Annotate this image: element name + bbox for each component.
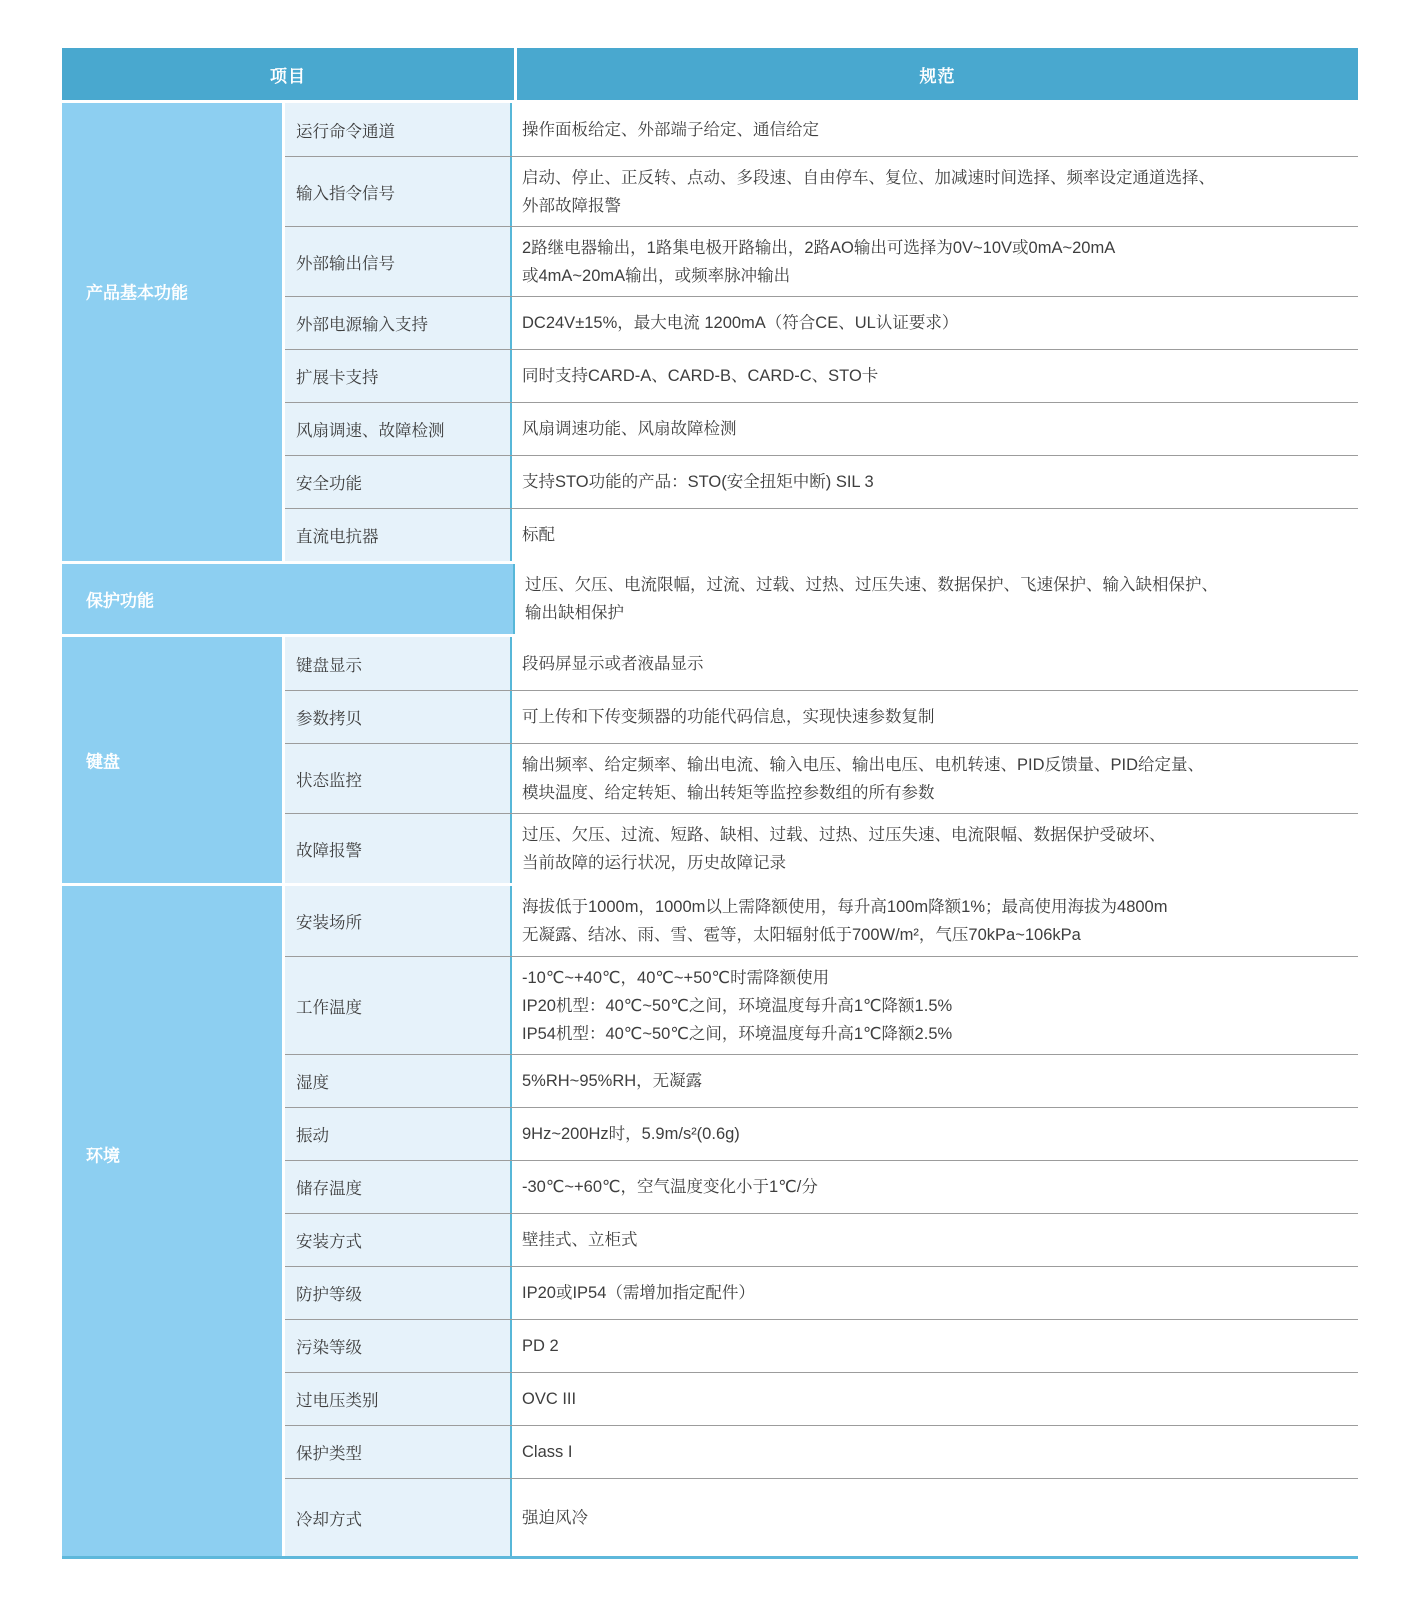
spec-line: 启动、停止、正反转、点动、多段速、自由停车、复位、加减速时间选择、频率设定通道选… [522, 164, 1358, 192]
table-row: 安装场所海拔低于1000m，1000m以上需降额使用，每升高100m降额1%；最… [285, 886, 1358, 956]
spec-line: 外部故障报警 [522, 192, 1358, 220]
table-row: 参数拷贝可上传和下传变频器的功能代码信息，实现快速参数复制 [285, 690, 1358, 743]
item-label: 扩展卡支持 [296, 364, 379, 388]
item-label: 状态监控 [296, 767, 362, 791]
spec-cell: 海拔低于1000m，1000m以上需降额使用，每升高100m降额1%；最高使用海… [512, 886, 1358, 956]
spec-cell: DC24V±15%，最大电流 1200mA（符合CE、UL认证要求） [512, 297, 1358, 349]
item-label: 安全功能 [296, 470, 362, 494]
table-row: 振动9Hz~200Hz时，5.9m/s²(0.6g) [285, 1107, 1358, 1160]
table-row: 运行命令通道操作面板给定、外部端子给定、通信给定 [285, 103, 1358, 156]
item-label: 参数拷贝 [296, 705, 362, 729]
item-label: 直流电抗器 [296, 523, 379, 547]
item-cell: 安全功能 [285, 456, 512, 508]
table-group: 产品基本功能运行命令通道操作面板给定、外部端子给定、通信给定输入指令信号启动、停… [62, 103, 1358, 561]
spec-cell: 2路继电器输出，1路集电极开路输出，2路AO输出可选择为0V~10V或0mA~2… [512, 227, 1358, 296]
spec-cell: -30℃~+60℃，空气温度变化小于1℃/分 [512, 1161, 1358, 1213]
table-header-row: 项目 规范 [62, 48, 1358, 100]
spec-cell: 5%RH~95%RH，无凝露 [512, 1055, 1358, 1107]
item-label: 故障报警 [296, 837, 362, 861]
table-row: 直流电抗器标配 [285, 508, 1358, 561]
table-row: 安装方式壁挂式、立柜式 [285, 1213, 1358, 1266]
group-label: 产品基本功能 [86, 278, 188, 303]
item-cell: 故障报警 [285, 814, 512, 883]
table-group: 环境安装场所海拔低于1000m，1000m以上需降额使用，每升高100m降额1%… [62, 886, 1358, 1556]
table-row: 储存温度-30℃~+60℃，空气温度变化小于1℃/分 [285, 1160, 1358, 1213]
table-row: 扩展卡支持同时支持CARD-A、CARD-B、CARD-C、STO卡 [285, 349, 1358, 402]
spec-table: 项目 规范 产品基本功能运行命令通道操作面板给定、外部端子给定、通信给定输入指令… [62, 48, 1358, 1559]
group-cell: 环境 [62, 886, 285, 1556]
item-cell: 工作温度 [285, 957, 512, 1054]
table-row: 键盘显示段码屏显示或者液晶显示 [285, 637, 1358, 690]
spec-line: 标配 [522, 521, 1358, 549]
item-label: 污染等级 [296, 1334, 362, 1358]
spec-cell: 可上传和下传变频器的功能代码信息，实现快速参数复制 [512, 691, 1358, 743]
table-row: 输入指令信号启动、停止、正反转、点动、多段速、自由停车、复位、加减速时间选择、频… [285, 156, 1358, 226]
item-label: 安装方式 [296, 1228, 362, 1252]
spec-cell: 风扇调速功能、风扇故障检测 [512, 403, 1358, 455]
item-cell: 防护等级 [285, 1267, 512, 1319]
spec-line: 输出缺相保护 [525, 599, 1358, 627]
spec-line: 模块温度、给定转矩、输出转矩等监控参数组的所有参数 [522, 779, 1358, 807]
spec-line: 过压、欠压、电流限幅，过流、过载、过热、过压失速、数据保护、飞速保护、输入缺相保… [525, 571, 1358, 599]
group-label: 键盘 [86, 748, 120, 773]
item-cell: 风扇调速、故障检测 [285, 403, 512, 455]
spec-line: IP20机型：40℃~50℃之间，环境温度每升高1℃降额1.5% [522, 992, 1358, 1020]
spec-line: OVC III [522, 1385, 1358, 1413]
spec-cell: -10℃~+40℃，40℃~+50℃时需降额使用IP20机型：40℃~50℃之间… [512, 957, 1358, 1054]
spec-line: 海拔低于1000m，1000m以上需降额使用，每升高100m降额1%；最高使用海… [522, 893, 1358, 921]
header-cell-spec: 规范 [517, 48, 1358, 100]
item-label: 过电压类别 [296, 1387, 379, 1411]
spec-cell: 段码屏显示或者液晶显示 [512, 637, 1358, 690]
spec-cell: 标配 [512, 509, 1358, 561]
item-cell: 安装场所 [285, 886, 512, 956]
spec-line: -30℃~+60℃，空气温度变化小于1℃/分 [522, 1173, 1358, 1201]
spec-cell: 过压、欠压、电流限幅，过流、过载、过热、过压失速、数据保护、飞速保护、输入缺相保… [515, 564, 1358, 634]
item-cell: 储存温度 [285, 1161, 512, 1213]
item-label: 输入指令信号 [296, 180, 395, 204]
item-label: 振动 [296, 1122, 329, 1146]
spec-line: -10℃~+40℃，40℃~+50℃时需降额使用 [522, 964, 1358, 992]
group-rows: 键盘显示段码屏显示或者液晶显示参数拷贝可上传和下传变频器的功能代码信息，实现快速… [285, 637, 1358, 883]
table-row: 污染等级PD 2 [285, 1319, 1358, 1372]
table-row: 过电压类别OVC III [285, 1372, 1358, 1425]
table-row: 状态监控输出频率、给定频率、输出电流、输入电压、输出电压、电机转速、PID反馈量… [285, 743, 1358, 813]
group-rows: 安装场所海拔低于1000m，1000m以上需降额使用，每升高100m降额1%；最… [285, 886, 1358, 1556]
group-cell: 产品基本功能 [62, 103, 285, 561]
group-label: 保护功能 [86, 587, 154, 612]
item-cell: 直流电抗器 [285, 509, 512, 561]
item-cell: 状态监控 [285, 744, 512, 813]
item-cell: 安装方式 [285, 1214, 512, 1266]
table-row: 故障报警过压、欠压、过流、短路、缺相、过载、过热、过压失速、电流限幅、数据保护受… [285, 813, 1358, 883]
spec-line: 2路继电器输出，1路集电极开路输出，2路AO输出可选择为0V~10V或0mA~2… [522, 234, 1358, 262]
spec-cell: 过压、欠压、过流、短路、缺相、过载、过热、过压失速、电流限幅、数据保护受破坏、当… [512, 814, 1358, 883]
table-row: 风扇调速、故障检测风扇调速功能、风扇故障检测 [285, 402, 1358, 455]
table-group: 键盘键盘显示段码屏显示或者液晶显示参数拷贝可上传和下传变频器的功能代码信息，实现… [62, 637, 1358, 883]
table-row: 湿度5%RH~95%RH，无凝露 [285, 1054, 1358, 1107]
table-row: 外部电源输入支持DC24V±15%，最大电流 1200mA（符合CE、UL认证要… [285, 296, 1358, 349]
table-row: 安全功能支持STO功能的产品：STO(安全扭矩中断) SIL 3 [285, 455, 1358, 508]
item-cell: 键盘显示 [285, 637, 512, 690]
spec-cell: 壁挂式、立柜式 [512, 1214, 1358, 1266]
spec-line: Class I [522, 1438, 1358, 1466]
group-label: 环境 [86, 1142, 120, 1167]
item-cell: 湿度 [285, 1055, 512, 1107]
group-cell: 键盘 [62, 637, 285, 883]
group-rows: 过压、欠压、电流限幅，过流、过载、过热、过压失速、数据保护、飞速保护、输入缺相保… [515, 564, 1358, 634]
spec-line: DC24V±15%，最大电流 1200mA（符合CE、UL认证要求） [522, 309, 1358, 337]
item-label: 风扇调速、故障检测 [296, 417, 445, 441]
item-label: 防护等级 [296, 1281, 362, 1305]
item-label: 冷却方式 [296, 1506, 362, 1530]
spec-line: 5%RH~95%RH，无凝露 [522, 1067, 1358, 1095]
table-group: 保护功能过压、欠压、电流限幅，过流、过载、过热、过压失速、数据保护、飞速保护、输… [62, 564, 1358, 634]
item-label: 键盘显示 [296, 652, 362, 676]
item-label: 安装场所 [296, 909, 362, 933]
spec-line: IP20或IP54（需增加指定配件） [522, 1279, 1358, 1307]
spec-line: 输出频率、给定频率、输出电流、输入电压、输出电压、电机转速、PID反馈量、PID… [522, 751, 1358, 779]
table-row: 过压、欠压、电流限幅，过流、过载、过热、过压失速、数据保护、飞速保护、输入缺相保… [515, 564, 1358, 634]
spec-line: 当前故障的运行状况，历史故障记录 [522, 849, 1358, 877]
spec-cell: 输出频率、给定频率、输出电流、输入电压、输出电压、电机转速、PID反馈量、PID… [512, 744, 1358, 813]
spec-line: 支持STO功能的产品：STO(安全扭矩中断) SIL 3 [522, 468, 1358, 496]
spec-line: 可上传和下传变频器的功能代码信息，实现快速参数复制 [522, 703, 1358, 731]
item-cell: 扩展卡支持 [285, 350, 512, 402]
spec-line: 同时支持CARD-A、CARD-B、CARD-C、STO卡 [522, 362, 1358, 390]
spec-cell: 操作面板给定、外部端子给定、通信给定 [512, 103, 1358, 156]
item-label: 外部电源输入支持 [296, 311, 428, 335]
spec-line: 段码屏显示或者液晶显示 [522, 650, 1358, 678]
item-cell: 输入指令信号 [285, 157, 512, 226]
table-row: 工作温度-10℃~+40℃，40℃~+50℃时需降额使用IP20机型：40℃~5… [285, 956, 1358, 1054]
item-label: 保护类型 [296, 1440, 362, 1464]
item-cell: 振动 [285, 1108, 512, 1160]
item-cell: 过电压类别 [285, 1373, 512, 1425]
spec-cell: IP20或IP54（需增加指定配件） [512, 1267, 1358, 1319]
item-cell: 冷却方式 [285, 1479, 512, 1556]
spec-line: IP54机型：40℃~50℃之间，环境温度每升高1℃降额2.5% [522, 1020, 1358, 1048]
item-label: 运行命令通道 [296, 118, 395, 142]
item-cell: 参数拷贝 [285, 691, 512, 743]
spec-line: 壁挂式、立柜式 [522, 1226, 1358, 1254]
item-cell: 外部输出信号 [285, 227, 512, 296]
spec-line: 过压、欠压、过流、短路、缺相、过载、过热、过压失速、电流限幅、数据保护受破坏、 [522, 821, 1358, 849]
spec-cell: Class I [512, 1426, 1358, 1478]
item-cell: 运行命令通道 [285, 103, 512, 156]
spec-line: 无凝露、结冰、雨、雪、雹等，太阳辐射低于700W/m²，气压70kPa~106k… [522, 921, 1358, 949]
spec-line: 风扇调速功能、风扇故障检测 [522, 415, 1358, 443]
item-label: 储存温度 [296, 1175, 362, 1199]
item-cell: 外部电源输入支持 [285, 297, 512, 349]
header-cell-item: 项目 [62, 48, 514, 100]
spec-cell: 支持STO功能的产品：STO(安全扭矩中断) SIL 3 [512, 456, 1358, 508]
spec-line: 操作面板给定、外部端子给定、通信给定 [522, 116, 1358, 144]
spec-line: 强迫风冷 [522, 1504, 1358, 1532]
table-row: 外部输出信号2路继电器输出，1路集电极开路输出，2路AO输出可选择为0V~10V… [285, 226, 1358, 296]
spec-cell: 9Hz~200Hz时，5.9m/s²(0.6g) [512, 1108, 1358, 1160]
item-cell: 污染等级 [285, 1320, 512, 1372]
spec-cell: OVC III [512, 1373, 1358, 1425]
group-cell: 保护功能 [62, 564, 515, 634]
table-row: 防护等级IP20或IP54（需增加指定配件） [285, 1266, 1358, 1319]
table-row: 保护类型Class I [285, 1425, 1358, 1478]
spec-line: 9Hz~200Hz时，5.9m/s²(0.6g) [522, 1120, 1358, 1148]
spec-cell: 同时支持CARD-A、CARD-B、CARD-C、STO卡 [512, 350, 1358, 402]
spec-cell: 强迫风冷 [512, 1479, 1358, 1556]
spec-line: PD 2 [522, 1332, 1358, 1360]
item-label: 外部输出信号 [296, 250, 395, 274]
spec-cell: 启动、停止、正反转、点动、多段速、自由停车、复位、加减速时间选择、频率设定通道选… [512, 157, 1358, 226]
spec-cell: PD 2 [512, 1320, 1358, 1372]
item-label: 工作温度 [296, 994, 362, 1018]
item-label: 湿度 [296, 1069, 329, 1093]
spec-line: 或4mA~20mA输出，或频率脉冲输出 [522, 262, 1358, 290]
group-rows: 运行命令通道操作面板给定、外部端子给定、通信给定输入指令信号启动、停止、正反转、… [285, 103, 1358, 561]
item-cell: 保护类型 [285, 1426, 512, 1478]
table-row: 冷却方式强迫风冷 [285, 1478, 1358, 1556]
